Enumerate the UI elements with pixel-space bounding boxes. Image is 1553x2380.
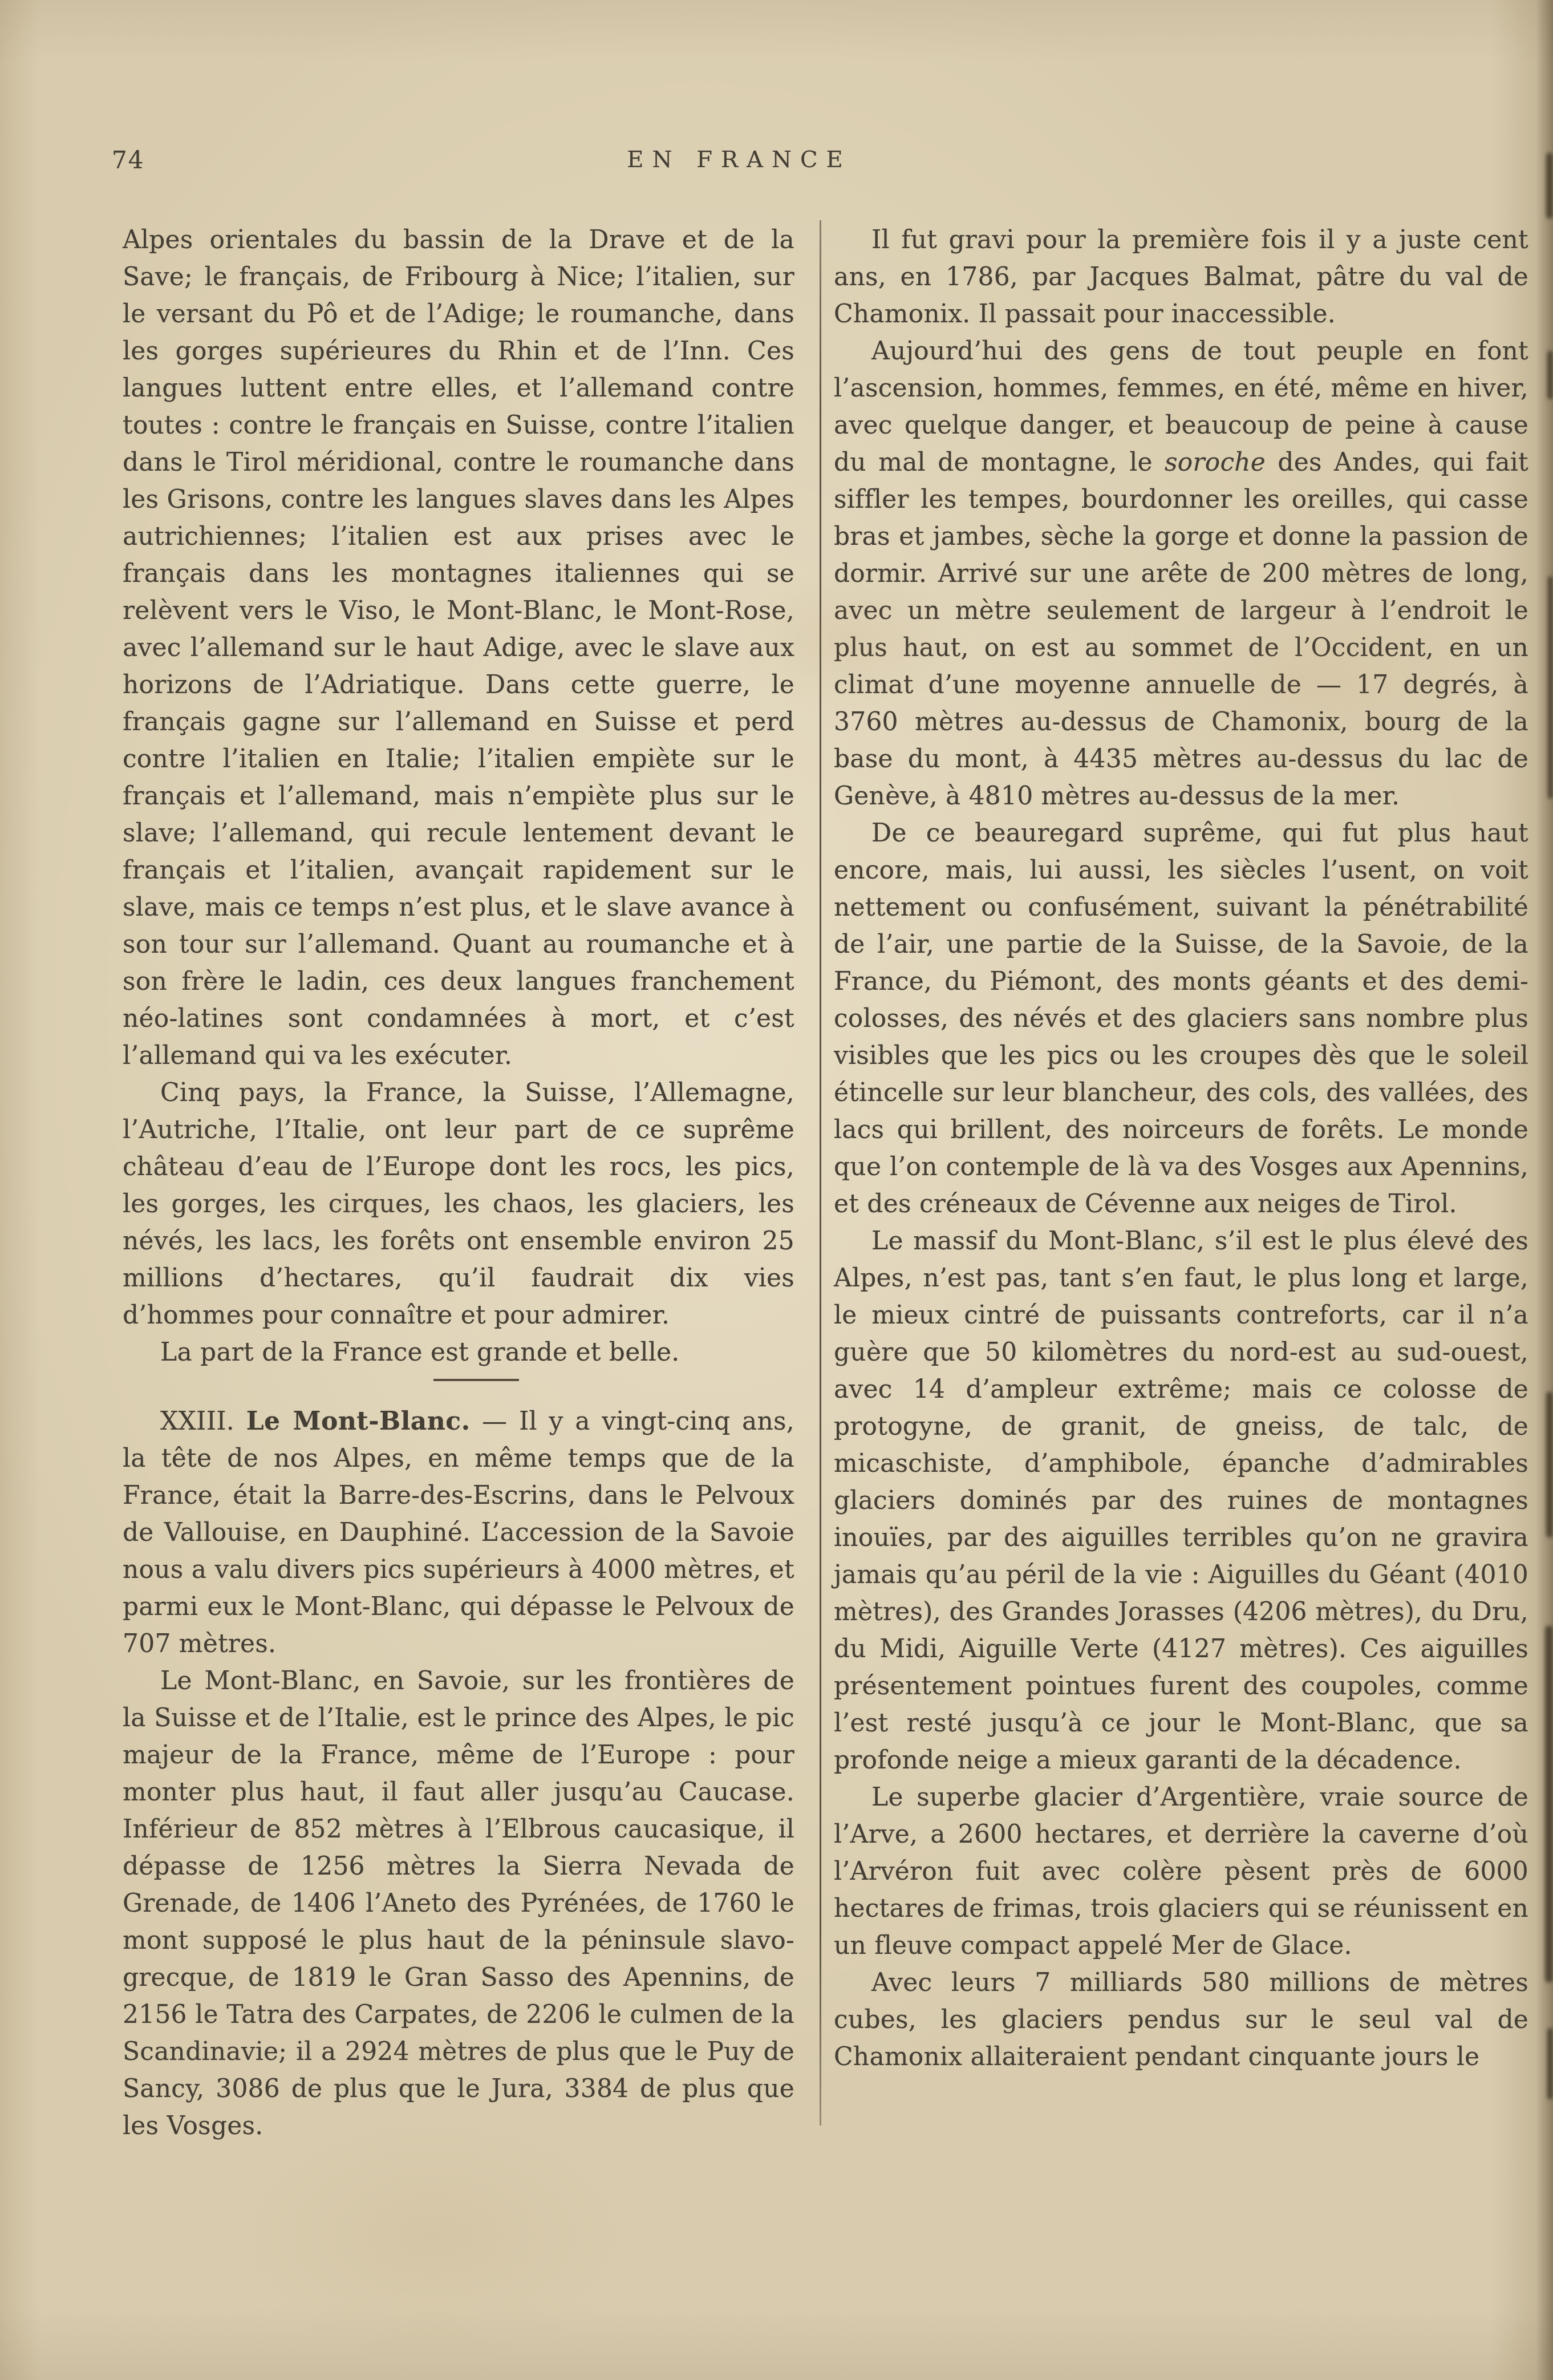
column-divider-rule — [820, 220, 821, 2126]
scan-edge-mark — [1545, 1626, 1553, 1982]
scan-edge-mark — [1548, 576, 1553, 799]
paragraph: La part de la France est grande et belle… — [123, 1334, 794, 1371]
paragraph: Le superbe glacier d’Argentière, vraie s… — [834, 1779, 1528, 1964]
page-edge-shadow — [1536, 0, 1553, 2380]
scan-edge-mark — [1546, 153, 1553, 218]
scan-edge-mark — [1546, 1392, 1553, 1537]
section-title: Le Mont-Blanc. — [246, 1407, 471, 1436]
left-column: Alpes orientales du bassin de la Drave e… — [123, 221, 794, 2144]
section-paragraph: XXIII. Le Mont-Blanc. — Il y a vingt-cin… — [123, 1403, 794, 1662]
paragraph: Le Mont-Blanc, en Savoie, sur les fronti… — [123, 1662, 794, 2144]
scan-edge-mark — [1547, 351, 1553, 399]
section-number: XXIII. — [160, 1407, 246, 1436]
paragraph: Le massif du Mont-Blanc, s’il est le plu… — [834, 1223, 1528, 1779]
scan-edge-mark — [1547, 2028, 1553, 2099]
right-column: Il fut gravi pour la première fois il y … — [834, 221, 1528, 2075]
running-header: EN FRANCE — [614, 148, 865, 171]
paragraph: Avec leurs 7 milliards 580 millions de m… — [834, 1964, 1528, 2075]
section-divider-rule — [433, 1379, 519, 1381]
italic-term: soroche — [1165, 448, 1266, 477]
paragraph: De ce beauregard suprême, qui fut plus h… — [834, 815, 1528, 1223]
section-body: — Il y a vingt-cinq ans, la tête de nos … — [123, 1407, 794, 1658]
paragraph-segment: des Andes, qui fait siffler les tempes, … — [834, 448, 1528, 811]
paragraph: Il fut gravi pour la première fois il y … — [834, 221, 1528, 333]
paragraph: Aujourd’hui des gens de tout peuple en f… — [834, 333, 1528, 815]
paragraph: Cinq pays, la France, la Suisse, l’Allem… — [123, 1074, 794, 1334]
page-number: 74 — [112, 148, 144, 172]
scanned-book-page: 74 EN FRANCE Alpes orientales du bassin … — [0, 0, 1553, 2380]
paragraph: Alpes orientales du bassin de la Drave e… — [123, 221, 794, 1074]
